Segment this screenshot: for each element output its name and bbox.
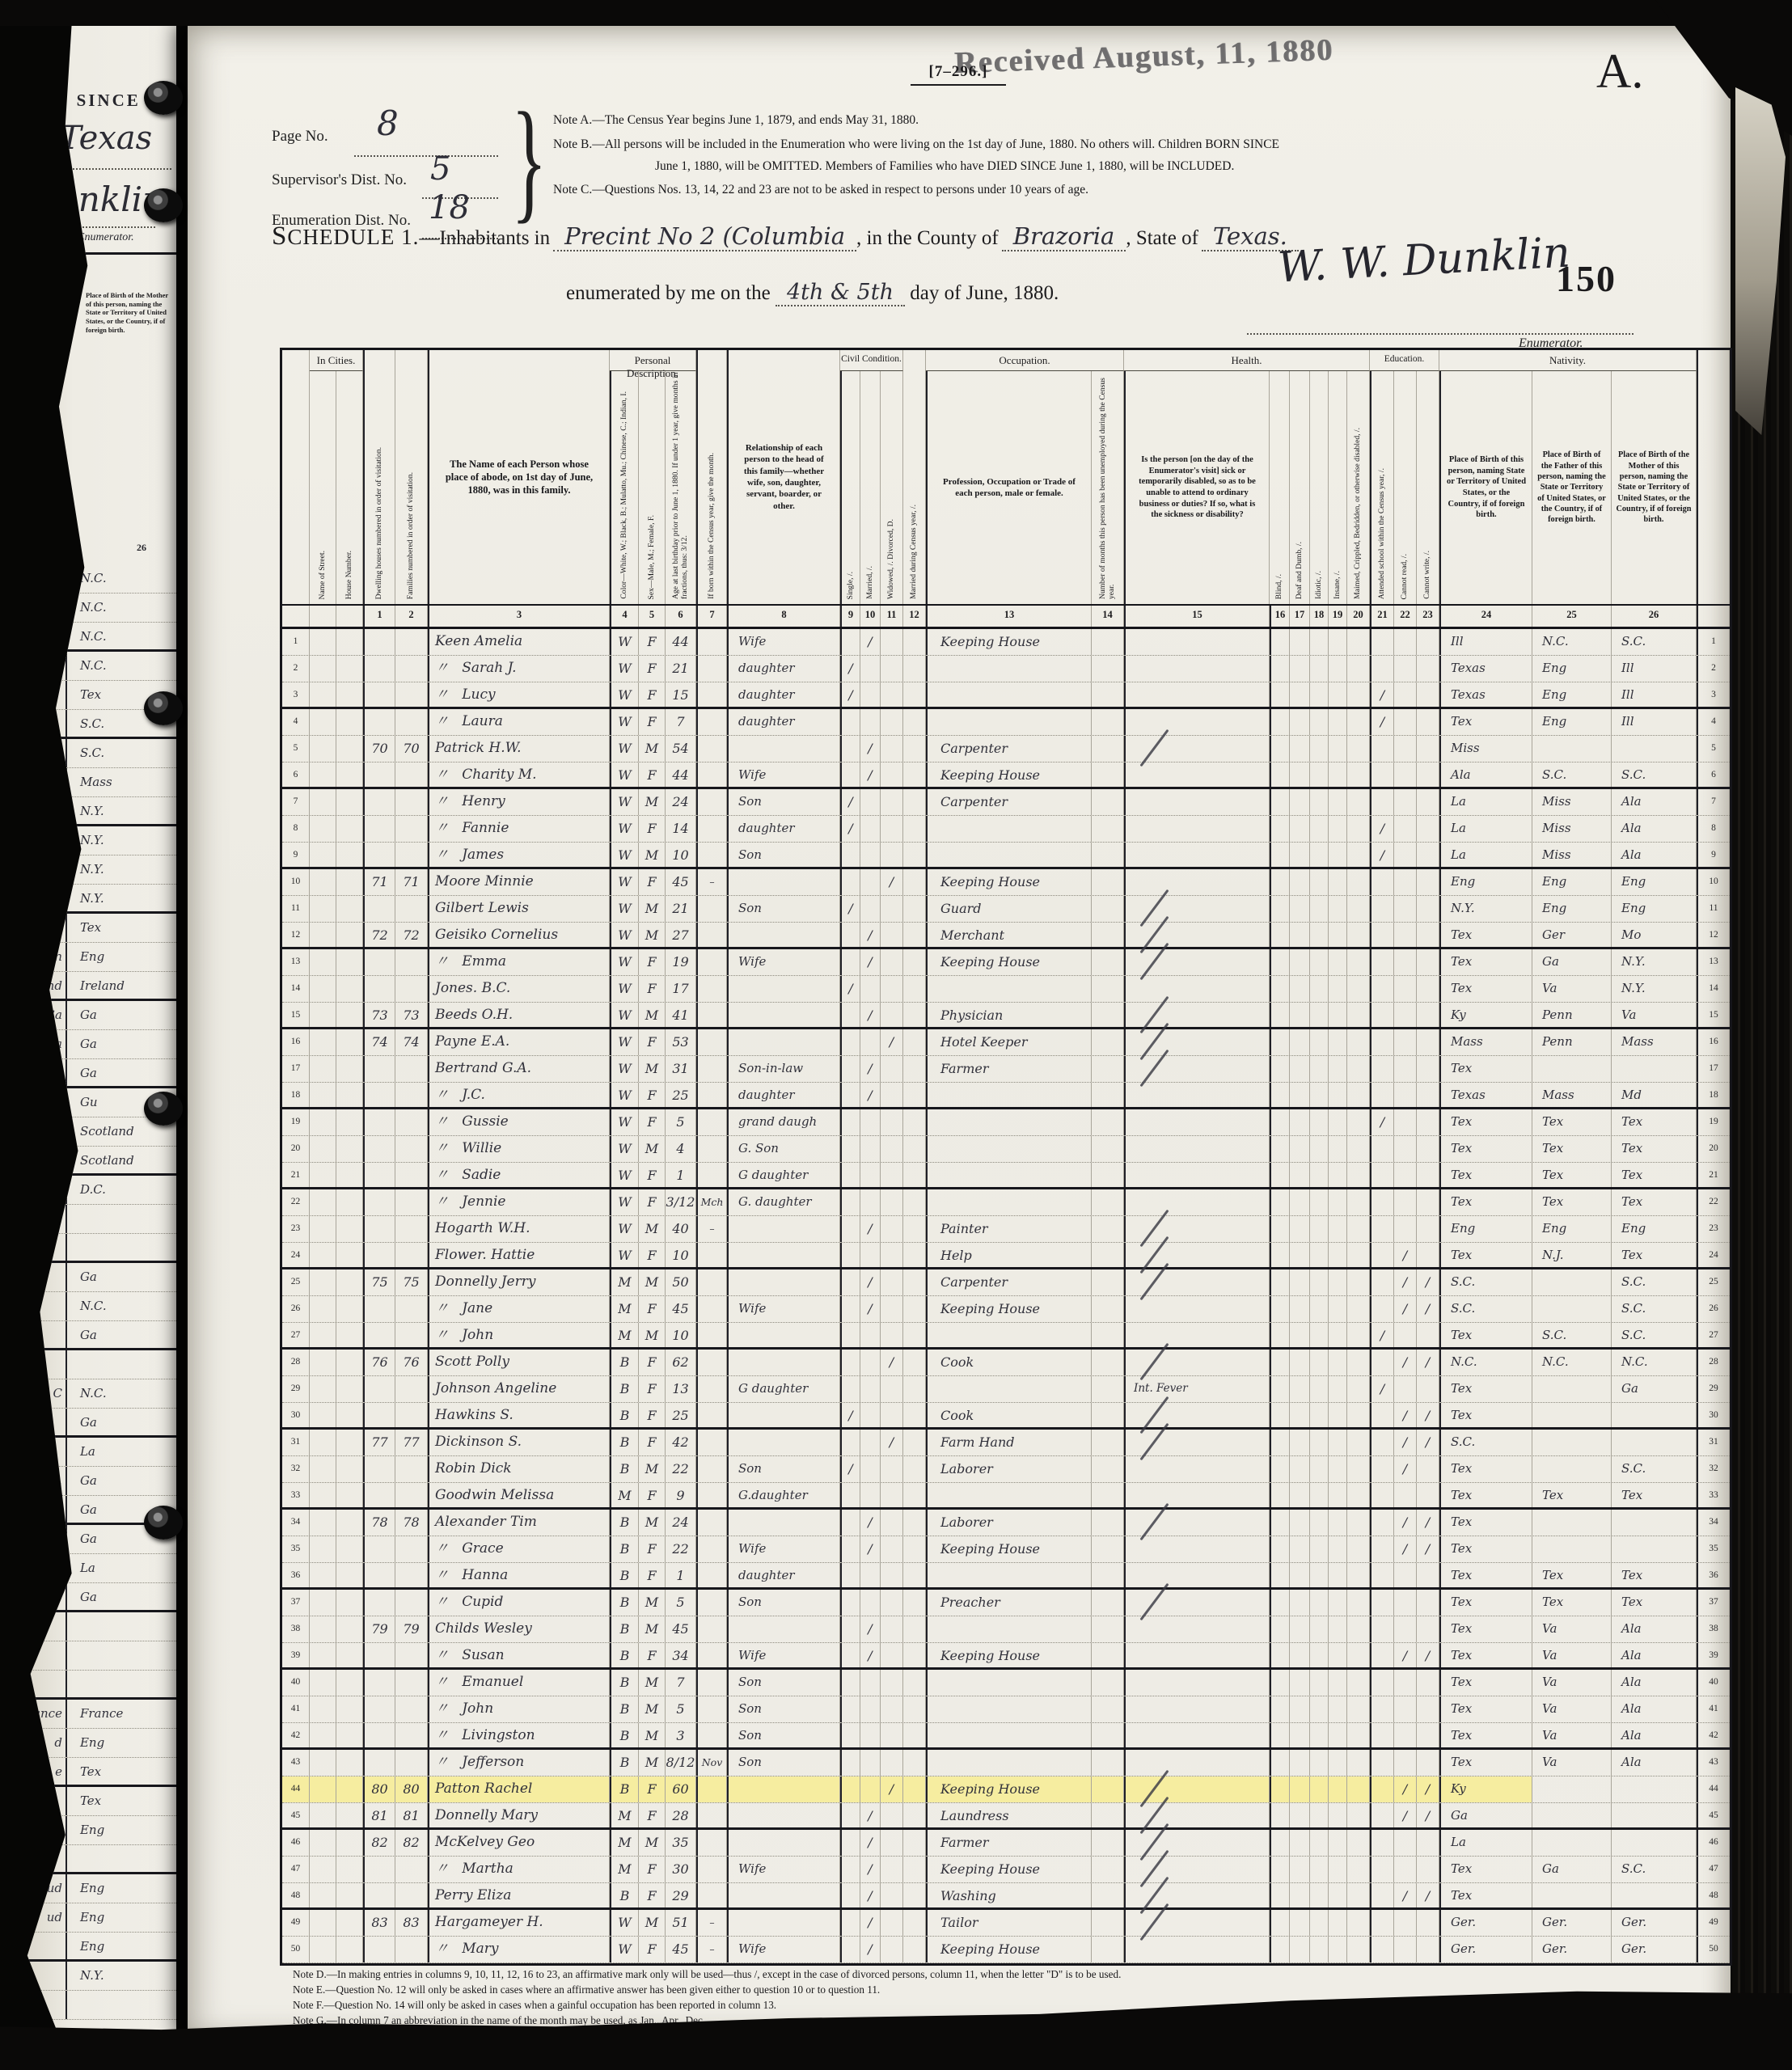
cell-c4: W: [610, 1163, 639, 1187]
cell-c9: [840, 1243, 860, 1267]
cell-c10: /: [860, 1510, 881, 1536]
cell-c24: Tex: [1439, 1163, 1532, 1187]
cell-c17: [1290, 949, 1310, 975]
cell-house: [336, 1910, 363, 1936]
cell-c4: B: [610, 1536, 639, 1562]
cell-c5: M: [639, 896, 666, 922]
col-18-header: Idiotic, /.: [1310, 371, 1329, 604]
cell-d1: [363, 1536, 395, 1562]
prev-col26-value: Ga: [67, 1059, 176, 1086]
cell-c9: [840, 736, 860, 762]
cell-c15: [1124, 1643, 1270, 1667]
prev-col26-value: [67, 1641, 176, 1670]
cell-c15: [1124, 1003, 1270, 1027]
cell-d2: 73: [395, 1003, 428, 1027]
cell-gL: 4: [282, 709, 310, 735]
cell-c23: [1417, 656, 1439, 682]
cell-c13: Keeping House: [926, 1536, 1092, 1562]
cell-c24: Tex: [1439, 1563, 1532, 1587]
prev-col26-value: N.C.: [67, 1379, 176, 1408]
prev-page-row: udEng: [18, 1874, 176, 1903]
col-13-header: Profession, Occupation or Trade of each …: [926, 371, 1092, 604]
cell-name: Bertrand G.A.: [428, 1056, 610, 1082]
cell-c13: [926, 1670, 1092, 1696]
cell-c22: [1394, 1696, 1417, 1722]
cell-name: 〃 Martha: [428, 1857, 610, 1882]
cell-street: [310, 1483, 336, 1507]
cell-c14: [1092, 1136, 1124, 1162]
cell-c26: [1612, 1830, 1697, 1856]
column-number: 14: [1092, 606, 1124, 627]
cell-c25: Tex: [1532, 1590, 1612, 1616]
cell-house: [336, 629, 363, 655]
cell-c18: [1310, 1910, 1329, 1936]
prev-page-row: Tex: [18, 914, 176, 943]
cell-c24: Tex: [1439, 1136, 1532, 1162]
cell-c17: [1290, 1723, 1310, 1747]
cell-d1: [363, 1403, 395, 1427]
cell-gL: 45: [282, 1803, 310, 1827]
cell-c8: Son: [727, 1750, 840, 1776]
cell-c5: F: [639, 1109, 666, 1135]
cell-c22: [1394, 709, 1417, 735]
cell-c25: Miss: [1532, 816, 1612, 842]
cell-c21: [1370, 1430, 1394, 1455]
cell-c24: Tex: [1439, 709, 1532, 735]
cell-house: [336, 1163, 363, 1187]
cell-c20: [1347, 1029, 1370, 1055]
prev-col26-value: Ga: [67, 1030, 176, 1058]
cell-c6: 41: [666, 1003, 696, 1027]
cell-c8: G daughter: [727, 1376, 840, 1402]
cell-c11: [881, 1937, 903, 1962]
cell-c10: [860, 789, 881, 815]
cell-c6: 14: [666, 816, 696, 842]
cell-c26: Ala: [1612, 843, 1697, 867]
prev-col26-value: Eng: [67, 1903, 176, 1932]
cell-c15: [1124, 736, 1270, 762]
column-number: 8: [727, 606, 840, 627]
cell-c7: [696, 1243, 727, 1267]
cell-c9: [840, 1696, 860, 1722]
cell-c11: [881, 1696, 903, 1722]
table-row: 42〃 LivingstonBM3SonTexVaAla42: [282, 1723, 1730, 1750]
cell-c23: /: [1417, 1296, 1439, 1322]
prev-page-row: andScotland: [18, 1147, 176, 1176]
cell-c25: Penn: [1532, 1003, 1612, 1027]
cell-c5: F: [639, 1883, 666, 1907]
cell-c8: Wife: [727, 1857, 840, 1882]
cell-c10: [860, 656, 881, 682]
prev-page-row: Ga: [18, 1321, 176, 1350]
cell-d1: [363, 816, 395, 842]
cell-house: [336, 1643, 363, 1667]
cell-c11: [881, 1510, 903, 1536]
cell-c17: [1290, 1510, 1310, 1536]
cell-c21: [1370, 1643, 1394, 1667]
cell-c8: Wife: [727, 763, 840, 787]
cell-house: [336, 923, 363, 947]
cell-c4: W: [610, 656, 639, 682]
cell-name: Donnelly Mary: [428, 1803, 610, 1827]
cell-name: Perry Eliza: [428, 1883, 610, 1907]
cell-house: [336, 1109, 363, 1135]
cell-c25: Va: [1532, 976, 1612, 1002]
cell-c13: Painter: [926, 1216, 1092, 1242]
cell-gL: 23: [282, 1216, 310, 1242]
group-occupation: Occupation.: [926, 350, 1124, 371]
cell-c10: /: [860, 1937, 881, 1962]
cell-c10: [860, 1776, 881, 1802]
cell-c19: [1329, 1803, 1347, 1827]
cell-c11: [881, 1883, 903, 1907]
cell-c22: [1394, 1830, 1417, 1856]
cell-c9: [840, 1510, 860, 1536]
cell-name: 〃 Grace: [428, 1536, 610, 1562]
cell-name: Moore Minnie: [428, 869, 610, 895]
cell-c21: [1370, 1296, 1394, 1322]
cell-c10: /: [860, 1643, 881, 1667]
cell-c24: Eng: [1439, 1216, 1532, 1242]
cell-c22: [1394, 1083, 1417, 1107]
cell-c21: [1370, 1723, 1394, 1747]
cell-c7: [696, 1803, 727, 1827]
cell-c22: [1394, 1216, 1417, 1242]
cell-c24: Tex: [1439, 1883, 1532, 1907]
cell-c12: [903, 1483, 926, 1507]
cell-street: [310, 1323, 336, 1347]
cell-gL: 1: [282, 629, 310, 655]
cell-c25: [1532, 1456, 1612, 1482]
cell-c18: [1310, 1350, 1329, 1375]
cell-c20: [1347, 1083, 1370, 1107]
cell-d2: 80: [395, 1776, 428, 1802]
cell-c16: [1270, 1830, 1290, 1856]
cell-c5: F: [639, 1243, 666, 1267]
cell-c16: [1270, 1750, 1290, 1776]
cell-c7: [696, 1830, 727, 1856]
cell-c4: W: [610, 709, 639, 735]
cell-c10: [860, 1350, 881, 1375]
cell-c17: [1290, 1643, 1310, 1667]
cell-c15: [1124, 1029, 1270, 1055]
cell-c12: [903, 1456, 926, 1482]
cell-c24: Tex: [1439, 1857, 1532, 1882]
prev-page-row: [18, 1234, 176, 1263]
cell-c9: [840, 1376, 860, 1402]
cell-c7: [696, 709, 727, 735]
cell-name: Patton Rachel: [428, 1776, 610, 1802]
cell-c14: [1092, 1643, 1124, 1667]
cell-gL: 37: [282, 1590, 310, 1616]
cell-c22: [1394, 1857, 1417, 1882]
cell-c16: [1270, 1216, 1290, 1242]
cell-c4: B: [610, 1403, 639, 1427]
cell-c12: [903, 1776, 926, 1802]
cell-c24: N.C.: [1439, 1350, 1532, 1375]
supervisor-dist-value: 5: [430, 150, 450, 188]
group-civil-condition: Civil Condition.: [840, 350, 903, 371]
cell-c23: [1417, 1189, 1439, 1215]
prev-col26-value: Tex: [67, 914, 176, 942]
cell-c16: [1270, 1163, 1290, 1187]
cell-c14: [1092, 1189, 1124, 1215]
cell-c13: [926, 1189, 1092, 1215]
cell-c17: [1290, 1269, 1310, 1295]
cell-c7: [696, 656, 727, 682]
cell-c7: [696, 1136, 727, 1162]
cell-c25: [1532, 1269, 1612, 1295]
cell-gR: 47: [1697, 1857, 1730, 1882]
cell-name: 〃 Jane: [428, 1296, 610, 1322]
cell-gR: 46: [1697, 1830, 1730, 1856]
cell-c25: Ger.: [1532, 1910, 1612, 1936]
cell-c10: [860, 1723, 881, 1747]
cell-c12: [903, 1643, 926, 1667]
cell-c26: Ger.: [1612, 1937, 1697, 1962]
prev-col26-value: [67, 1234, 176, 1261]
prev-col25-fragment: s: [18, 885, 67, 911]
cell-c21: [1370, 1163, 1394, 1187]
cell-c4: B: [610, 1510, 639, 1536]
cell-house: [336, 1456, 363, 1482]
cell-c16: [1270, 1029, 1290, 1055]
cell-c25: [1532, 1430, 1612, 1455]
cell-d2: [395, 843, 428, 867]
cell-c23: [1417, 1590, 1439, 1616]
cell-c24: Ill: [1439, 629, 1532, 655]
cell-c20: [1347, 1430, 1370, 1455]
cell-gL: 9: [282, 843, 310, 867]
cell-c23: /: [1417, 1403, 1439, 1427]
cell-c5: M: [639, 789, 666, 815]
cell-gR: 4: [1697, 709, 1730, 735]
cell-c18: [1310, 869, 1329, 895]
cell-c13: Carpenter: [926, 1269, 1092, 1295]
cell-c11: [881, 1136, 903, 1162]
cell-c20: [1347, 1857, 1370, 1882]
cell-c25: Ger: [1532, 923, 1612, 947]
col-23-header: Cannot write, /.: [1417, 371, 1439, 604]
cell-c14: [1092, 656, 1124, 682]
cell-c20: [1347, 1803, 1370, 1827]
cell-c12: [903, 1163, 926, 1187]
col-8-header: Relationship of each person to the head …: [727, 350, 840, 604]
prev-page-row: udEng: [18, 1903, 176, 1933]
column-number: 18: [1310, 606, 1329, 627]
cell-c24: Tex: [1439, 923, 1532, 947]
cell-c5: F: [639, 763, 666, 787]
cell-street: [310, 1536, 336, 1562]
cell-c18: [1310, 1563, 1329, 1587]
cell-house: [336, 1189, 363, 1215]
cell-c20: [1347, 1723, 1370, 1747]
cell-gR: 36: [1697, 1563, 1730, 1587]
cell-c17: [1290, 1857, 1310, 1882]
cell-c15: [1124, 816, 1270, 842]
prev-col25-fragment: [18, 1263, 67, 1291]
cell-c8: [727, 1269, 840, 1295]
cell-d2: [395, 816, 428, 842]
cell-c19: [1329, 1776, 1347, 1802]
cell-d1: [363, 1216, 395, 1242]
cell-d1: 71: [363, 869, 395, 895]
cell-c24: Tex: [1439, 976, 1532, 1002]
cell-c4: W: [610, 789, 639, 815]
cell-c6: 10: [666, 1323, 696, 1347]
cell-c8: Son: [727, 896, 840, 922]
cell-c6: 45: [666, 1937, 696, 1962]
cell-c19: [1329, 1163, 1347, 1187]
cell-c11: [881, 1670, 903, 1696]
cell-c21: [1370, 869, 1394, 895]
cell-c10: /: [860, 1830, 881, 1856]
cell-c21: [1370, 1216, 1394, 1242]
cell-c16: [1270, 1296, 1290, 1322]
cell-c13: Keeping House: [926, 1937, 1092, 1962]
cell-c14: [1092, 1910, 1124, 1936]
cell-c12: [903, 1723, 926, 1747]
cell-name: Geisiko Cornelius: [428, 923, 610, 947]
cell-gL: 47: [282, 1857, 310, 1882]
cell-house: [336, 1857, 363, 1882]
cell-c26: S.C.: [1612, 763, 1697, 787]
cell-c26: Ala: [1612, 1723, 1697, 1747]
cell-c8: Son: [727, 789, 840, 815]
footnote-d: Note D.—In making entries in columns 9, …: [293, 1968, 1121, 1981]
cell-c9: /: [840, 896, 860, 922]
cell-c14: [1092, 1243, 1124, 1267]
cell-c5: M: [639, 1830, 666, 1856]
cell-c9: [840, 1883, 860, 1907]
cell-street: [310, 709, 336, 735]
cell-c18: [1310, 1536, 1329, 1562]
cell-c13: [926, 1723, 1092, 1747]
cell-c17: [1290, 1937, 1310, 1962]
cell-c14: [1092, 1883, 1124, 1907]
cell-c20: [1347, 656, 1370, 682]
prev-col25-fragment: [18, 1438, 67, 1466]
cell-c5: F: [639, 949, 666, 975]
cell-c18: [1310, 1723, 1329, 1747]
cell-c12: [903, 1696, 926, 1722]
cell-c6: 1: [666, 1163, 696, 1187]
column-number: 26: [1612, 606, 1697, 627]
cell-c20: [1347, 709, 1370, 735]
cell-c19: [1329, 1723, 1347, 1747]
cell-c6: 25: [666, 1403, 696, 1427]
cell-c5: F: [639, 869, 666, 895]
cell-c9: /: [840, 976, 860, 1002]
table-row: 468282McKelvey GeoMM35/FarmerLa46: [282, 1830, 1730, 1857]
prev-page-row: [18, 1205, 176, 1234]
cell-c6: 34: [666, 1643, 696, 1667]
cell-c22: [1394, 1910, 1417, 1936]
cell-c4: W: [610, 629, 639, 655]
cell-d1: 81: [363, 1803, 395, 1827]
cell-street: [310, 1616, 336, 1642]
cell-c8: Wife: [727, 1937, 840, 1962]
cell-c17: [1290, 1803, 1310, 1827]
cell-gL: 21: [282, 1163, 310, 1187]
cell-c8: Wife: [727, 1536, 840, 1562]
cell-c23: [1417, 1616, 1439, 1642]
cell-c23: [1417, 789, 1439, 815]
cell-c6: 30: [666, 1857, 696, 1882]
cell-c20: [1347, 1403, 1370, 1427]
cell-gL: 44: [282, 1776, 310, 1802]
cell-c12: [903, 1670, 926, 1696]
cell-c10: [860, 1029, 881, 1055]
prev-col26-value: N.Y.: [67, 797, 176, 824]
cell-gL: 39: [282, 1643, 310, 1667]
cell-c16: [1270, 1269, 1290, 1295]
cell-c26: [1612, 1403, 1697, 1427]
cell-gR: 12: [1697, 923, 1730, 947]
cell-c7: [696, 682, 727, 707]
prev-page-row: nEng: [18, 943, 176, 972]
cell-d2: [395, 1723, 428, 1747]
cell-gR: 22: [1697, 1189, 1730, 1215]
cell-c21: [1370, 1696, 1394, 1722]
cell-c8: [727, 1430, 840, 1455]
cell-c14: [1092, 1109, 1124, 1135]
cell-c21: [1370, 1056, 1394, 1082]
cell-house: [336, 1243, 363, 1267]
cell-c4: M: [610, 1483, 639, 1507]
cell-c19: [1329, 1670, 1347, 1696]
cell-c5: F: [639, 976, 666, 1002]
cell-c7: –: [696, 1216, 727, 1242]
cell-gR: 10: [1697, 869, 1730, 895]
cell-c6: 44: [666, 763, 696, 787]
cell-c6: 24: [666, 1510, 696, 1536]
cell-c12: [903, 1430, 926, 1455]
prev-col25-fragment: e: [18, 1758, 67, 1785]
prev-col25-fragment: ud: [18, 1903, 67, 1932]
cell-c11: [881, 843, 903, 867]
cell-c5: M: [639, 1269, 666, 1295]
table-row: 21〃 SadieWF1G daughterTexTexTex21: [282, 1163, 1730, 1189]
cell-d1: 82: [363, 1830, 395, 1856]
cell-c11: [881, 1056, 903, 1082]
cell-c23: [1417, 1723, 1439, 1747]
cell-c4: W: [610, 1003, 639, 1027]
cell-c14: [1092, 1430, 1124, 1455]
cell-c14: [1092, 843, 1124, 867]
cell-d2: [395, 1243, 428, 1267]
cell-house: [336, 1136, 363, 1162]
cell-d1: [363, 629, 395, 655]
cell-c17: [1290, 1109, 1310, 1135]
cell-c13: [926, 682, 1092, 707]
cell-c9: [840, 1323, 860, 1347]
cell-c22: /: [1394, 1510, 1417, 1536]
cell-c9: [840, 629, 860, 655]
cell-c21: [1370, 1590, 1394, 1616]
cell-c9: [840, 1083, 860, 1107]
cell-c5: M: [639, 1723, 666, 1747]
cell-c15: [1124, 1083, 1270, 1107]
cell-house: [336, 1670, 363, 1696]
cell-d1: [363, 1723, 395, 1747]
cell-gR: 5: [1697, 736, 1730, 762]
cell-c24: Tex: [1439, 1510, 1532, 1536]
cell-d1: [363, 1483, 395, 1507]
cell-street: [310, 629, 336, 655]
column-number: 16: [1270, 606, 1290, 627]
cell-c10: /: [860, 1083, 881, 1107]
